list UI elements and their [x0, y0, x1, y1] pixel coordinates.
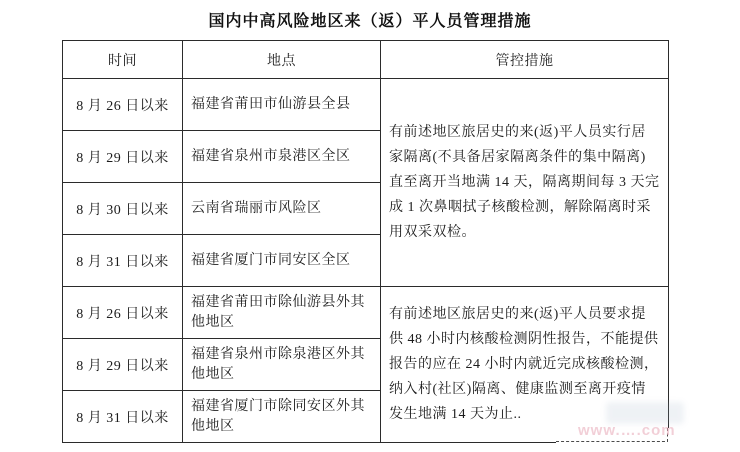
measure-cell-group2: 有前述地区旅居史的来(返)平人员要求提供 48 小时内核酸检测阴性报告，不能提供… — [381, 287, 669, 443]
location-cell: 福建省泉州市除泉港区外其他地区 — [183, 339, 381, 391]
measures-table: 时间 地点 管控措施 8 月 26 日以来 福建省莆田市仙游县全县 有前述地区旅… — [62, 40, 669, 443]
page: 国内中高风险地区来（返）平人员管理措施 时间 地点 管控措施 8 月 26 日以… — [0, 0, 740, 452]
location-cell: 福建省莆田市除仙游县外其他地区 — [183, 287, 381, 339]
dashed-border-segment — [556, 441, 670, 446]
table-row: 8 月 26 日以来 福建省莆田市除仙游县外其他地区 有前述地区旅居史的来(返)… — [63, 287, 669, 339]
header-measures: 管控措施 — [381, 41, 669, 79]
time-cell: 8 月 31 日以来 — [63, 391, 183, 443]
measure-cell-group1: 有前述地区旅居史的来(返)平人员实行居家隔离(不具备居家隔离条件的集中隔离)直至… — [381, 79, 669, 287]
time-cell: 8 月 29 日以来 — [63, 131, 183, 183]
time-cell: 8 月 26 日以来 — [63, 79, 183, 131]
time-cell: 8 月 29 日以来 — [63, 339, 183, 391]
time-cell: 8 月 26 日以来 — [63, 287, 183, 339]
location-cell: 福建省莆田市仙游县全县 — [183, 79, 381, 131]
table-row: 8 月 26 日以来 福建省莆田市仙游县全县 有前述地区旅居史的来(返)平人员实… — [63, 79, 669, 131]
page-title: 国内中高风险地区来（返）平人员管理措施 — [0, 0, 740, 31]
location-cell: 福建省厦门市除同安区外其他地区 — [183, 391, 381, 443]
time-cell: 8 月 31 日以来 — [63, 235, 183, 287]
location-cell: 福建省厦门市同安区全区 — [183, 235, 381, 287]
header-time: 时间 — [63, 41, 183, 79]
header-row: 时间 地点 管控措施 — [63, 41, 669, 79]
location-cell: 福建省泉州市泉港区全区 — [183, 131, 381, 183]
dashed-border-corner — [667, 428, 671, 442]
header-location: 地点 — [183, 41, 381, 79]
location-cell: 云南省瑞丽市风险区 — [183, 183, 381, 235]
time-cell: 8 月 30 日以来 — [63, 183, 183, 235]
